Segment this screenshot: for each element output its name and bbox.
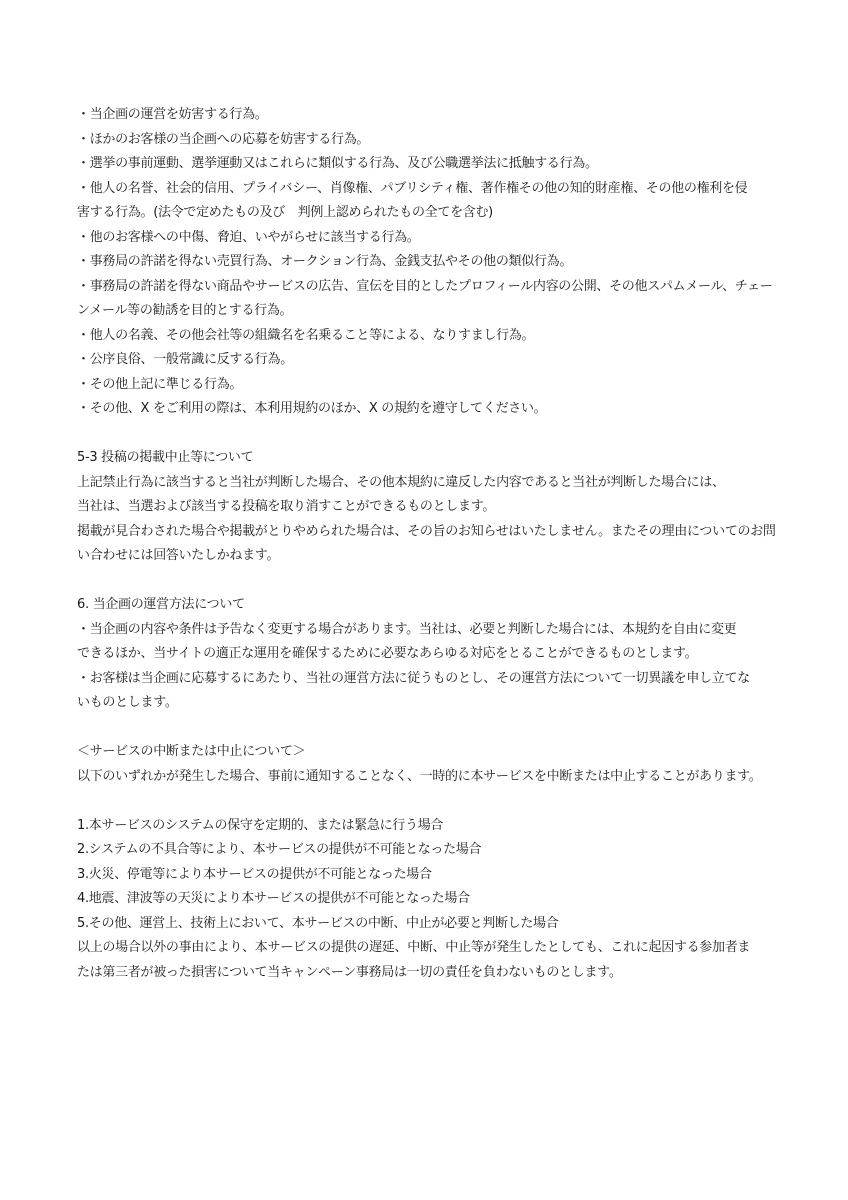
paragraph-line: 当社は、当選および該当する投稿を取り消すことができるものとします。 bbox=[77, 495, 777, 520]
list-item: ・事務局の許諾を得ない売買行為、オークション行為、金銭支払やその他の類似行為。 bbox=[77, 250, 777, 275]
paragraph-line: できるほか、当サイトの適正な運用を確保するために必要なあらゆる対応をとることがで… bbox=[77, 642, 777, 667]
numbered-item: 2.システムの不具合等により、本サービスの提供が不可能となった場合 bbox=[77, 838, 777, 863]
spacer bbox=[77, 716, 777, 741]
section-5-3: 5-3 投稿の掲載中止等について 上記禁止行為に該当すると当社が判断した場合、そ… bbox=[77, 446, 777, 569]
intro-line: 以下のいずれかが発生した場合、事前に通知することなく、一時的に本サービスを中断ま… bbox=[77, 765, 777, 790]
section-6: 6. 当企画の運営方法について ・当企画の内容や条件は予告なく変更する場合があり… bbox=[77, 593, 777, 716]
prohibited-acts-list: ・当企画の運営を妨害する行為。 ・ほかのお客様の当企画への応募を妨害する行為。 … bbox=[77, 103, 777, 422]
spacer bbox=[77, 789, 777, 814]
list-item: ・当企画の運営を妨害する行為。 bbox=[77, 103, 777, 128]
list-item: ・その他上記に準じる行為。 bbox=[77, 373, 777, 398]
list-item: ・他人の名誉、社会的信用、プライバシー、肖像権、パブリシティ権、著作権その他の知… bbox=[77, 177, 777, 202]
spacer bbox=[77, 422, 777, 447]
paragraph-line: いものとします。 bbox=[77, 691, 777, 716]
document-page: ・当企画の運営を妨害する行為。 ・ほかのお客様の当企画への応募を妨害する行為。 … bbox=[77, 103, 777, 985]
paragraph-line: 上記禁止行為に該当すると当社が判断した場合、その他本規約に違反した内容であると当… bbox=[77, 471, 777, 496]
section-heading: 5-3 投稿の掲載中止等について bbox=[77, 446, 777, 471]
service-interruption-section: ＜サービスの中断または中止について＞ 以下のいずれかが発生した場合、事前に通知す… bbox=[77, 740, 777, 985]
spacer bbox=[77, 569, 777, 594]
paragraph-line: ・お客様は当企画に応募するにあたり、当社の運営方法に従うものとし、その運営方法に… bbox=[77, 667, 777, 692]
paragraph-line: 掲載が見合わされた場合や掲載がとりやめられた場合は、その旨のお知らせはいたしませ… bbox=[77, 520, 777, 545]
list-item-continuation: ンメール等の勧誘を目的とする行為。 bbox=[77, 299, 777, 324]
numbered-item: 3.火災、停電等により本サービスの提供が不可能となった場合 bbox=[77, 863, 777, 888]
list-item: ・他人の名義、その他会社等の組織名を名乗ること等による、なりすまし行為。 bbox=[77, 324, 777, 349]
list-item: ・ほかのお客様の当企画への応募を妨害する行為。 bbox=[77, 128, 777, 153]
section-heading: 6. 当企画の運営方法について bbox=[77, 593, 777, 618]
list-item: ・公序良俗、一般常識に反する行為。 bbox=[77, 348, 777, 373]
list-item: ・選挙の事前運動、選挙運動又はこれらに類似する行為、及び公職選挙法に抵触する行為… bbox=[77, 152, 777, 177]
list-item: ・事務局の許諾を得ない商品やサービスの広告、宣伝を目的としたプロフィール内容の公… bbox=[77, 275, 777, 300]
list-item: ・その他、X をご利用の際は、本利用規約のほか、X の規約を遵守してください。 bbox=[77, 397, 777, 422]
numbered-item: 4.地震、津波等の天災により本サービスの提供が不可能となった場合 bbox=[77, 887, 777, 912]
list-item-continuation: 害する行為。(法令で定めたもの及び 判例上認められたもの全てを含む) bbox=[77, 201, 777, 226]
closing-line: 以上の場合以外の事由により、本サービスの提供の遅延、中断、中止等が発生したとして… bbox=[77, 936, 777, 961]
numbered-item: 5.その他、運営上、技術上において、本サービスの中断、中止が必要と判断した場合 bbox=[77, 912, 777, 937]
paragraph-line: ・当企画の内容や条件は予告なく変更する場合があります。当社は、必要と判断した場合… bbox=[77, 618, 777, 643]
numbered-item: 1.本サービスのシステムの保守を定期的、または緊急に行う場合 bbox=[77, 814, 777, 839]
closing-line: たは第三者が被った損害について当キャンペーン事務局は一切の責任を負わないものとし… bbox=[77, 961, 777, 986]
list-item: ・他のお客様への中傷、脅迫、いやがらせに該当する行為。 bbox=[77, 226, 777, 251]
paragraph-line: い合わせには回答いたしかねます。 bbox=[77, 544, 777, 569]
section-heading: ＜サービスの中断または中止について＞ bbox=[77, 740, 777, 765]
